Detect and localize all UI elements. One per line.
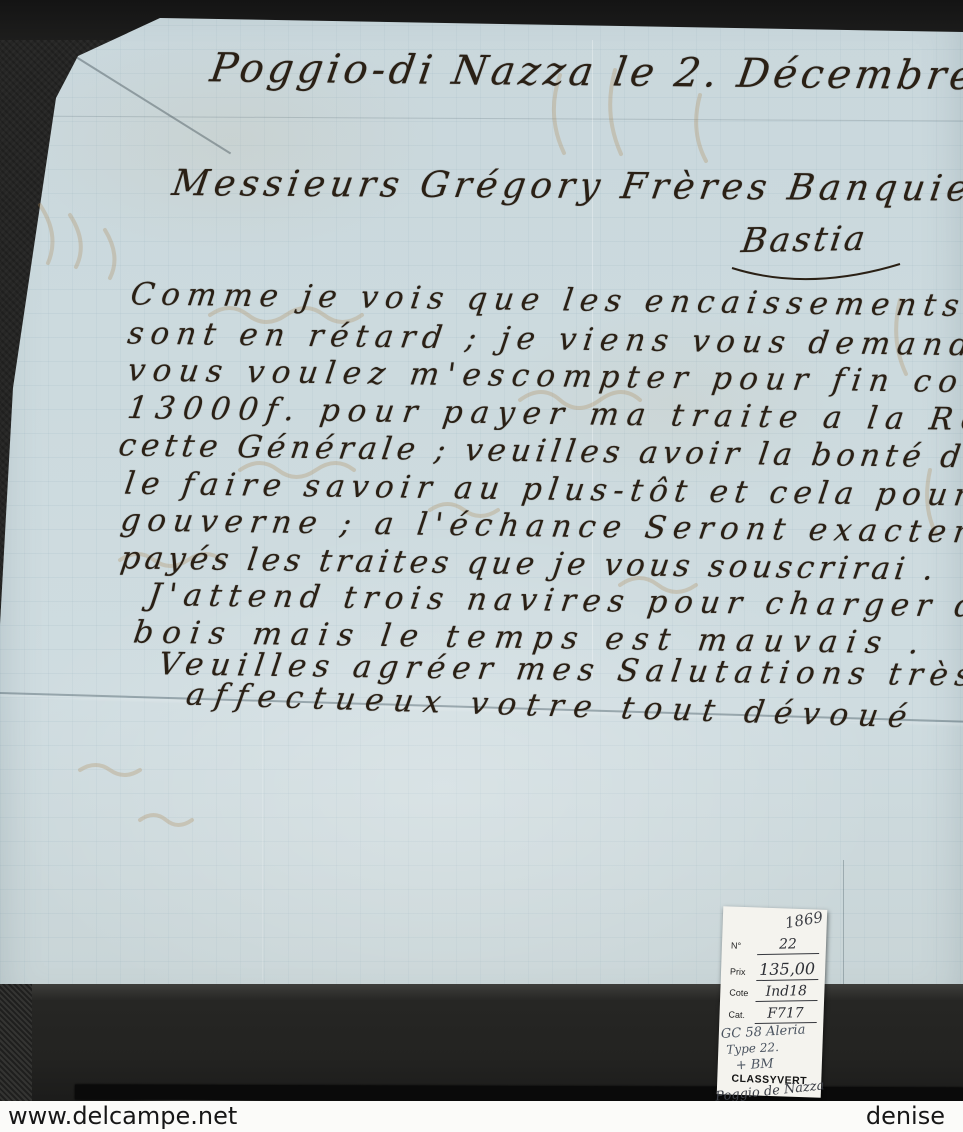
seller-name: denise <box>866 1102 945 1130</box>
label-year-note: 1869 <box>783 908 824 932</box>
letter-dateline: Poggio-di Nazza le 2. Décembre 1869 <box>207 45 963 100</box>
field-name: Cote <box>729 988 755 1001</box>
corner-fold-crease <box>69 52 231 154</box>
label-field-catalog: Cat. F717 <box>728 1003 817 1024</box>
vertical-crease <box>843 860 844 1002</box>
field-name: Cat. <box>728 1009 754 1022</box>
label-note-type: Type 22. <box>726 1040 779 1057</box>
field-value: Ind18 <box>755 983 817 1002</box>
vertical-crease <box>262 700 263 980</box>
field-name: N° <box>731 941 757 954</box>
label-field-number: N° 22 <box>731 935 820 956</box>
field-value: 135,00 <box>756 959 818 981</box>
label-note-cancellation: GC 58 Aleria <box>721 1023 806 1042</box>
letter-salutation: Messieurs Grégory Frères Banquiers <box>169 163 963 210</box>
scanned-letter-photo: Poggio-di Nazza le 2. Décembre 1869 Mess… <box>0 0 963 1132</box>
watermark-bar: www.delcampe.net denise <box>0 1101 963 1132</box>
label-field-cote: Cote Ind18 <box>729 982 818 1003</box>
watermark-url: www.delcampe.net <box>8 1102 237 1130</box>
field-name: Prix <box>730 967 756 980</box>
fold-line-top <box>0 115 963 121</box>
album-cover-edge <box>0 984 32 1104</box>
field-value: F717 <box>754 1005 816 1024</box>
dealer-price-label: 1869 N° 22 Prix 135,00 Cote Ind18 Cat. F… <box>717 906 827 1098</box>
label-field-price: Prix 135,00 <box>730 958 819 982</box>
letter-salutation-place: Bastia <box>739 219 870 261</box>
field-value: 22 <box>757 936 819 955</box>
label-note-bm: + BM <box>735 1056 774 1073</box>
